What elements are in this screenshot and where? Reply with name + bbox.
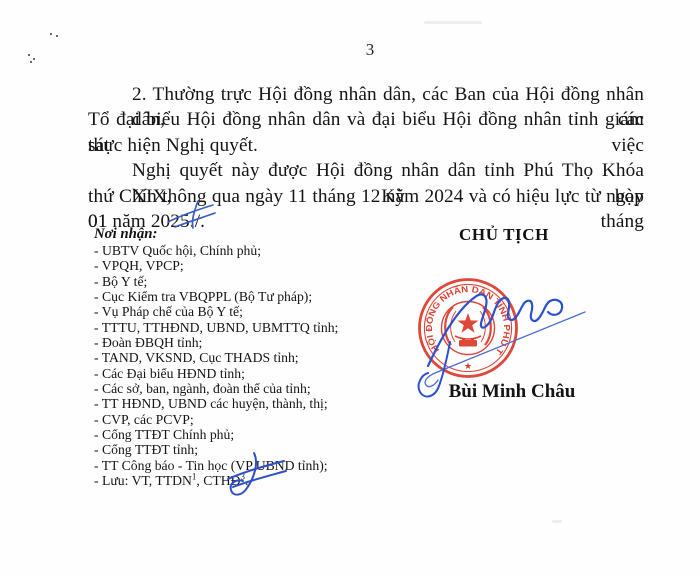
recipient-item: - Vụ Pháp chế của Bộ Y tế; [94, 304, 424, 319]
recipient-item: - TAND, VKSND, Cục THADS tỉnh; [94, 350, 424, 365]
paragraph-line: Tổ đại biểu Hội đồng nhân dân và đại biể… [88, 107, 644, 132]
recipient-item: - Cục Kiểm tra VBQPPL (Bộ Tư pháp); [94, 289, 424, 304]
recipient-item: - Các Đại biểu HĐND tỉnh; [94, 366, 424, 381]
recipients-heading: Nơi nhận: [94, 226, 157, 243]
recipient-item: - Các sở, ban, ngành, đoàn thể của tỉnh; [94, 381, 424, 396]
recipient-item: - Cổng TTĐT Chính phủ; [94, 427, 424, 442]
signer-name: Bùi Minh Châu [412, 381, 612, 403]
pen-tick-mark [160, 195, 220, 235]
recipient-item: - CVP, các PCVP; [94, 412, 424, 427]
pen-initial-mark [222, 448, 292, 500]
recipient-item: - Bộ Y tế; [94, 274, 424, 289]
recipient-item: - VPQH, VPCP; [94, 258, 424, 273]
paragraph-line: 2. Thường trực Hội đồng nhân dân, các Ba… [88, 82, 644, 107]
scan-smudge [552, 520, 562, 523]
recipient-item: - TT HĐND, UBND các huyện, thành, thị; [94, 396, 424, 411]
scan-noise-dot [28, 54, 30, 56]
luu-prefix: - Lưu: VT, TTDN [94, 473, 192, 488]
chairman-title: CHỦ TỊCH [399, 225, 609, 245]
page-number: 3 [355, 40, 385, 60]
scan-smudge [424, 21, 482, 24]
recipient-item: - UBTV Quốc hội, Chính phủ; [94, 243, 424, 258]
recipient-item: - TTTU, TTHĐND, UBND, UBMTTQ tỉnh; [94, 320, 424, 335]
scan-noise-dot [50, 33, 52, 35]
recipient-item: - Đoàn ĐBQH tỉnh; [94, 335, 424, 350]
scan-noise-dot [56, 35, 58, 37]
paragraph-line: Nghị quyết này được Hội đồng nhân dân tỉ… [88, 158, 644, 183]
scan-noise-dot [30, 61, 32, 63]
document-page: 3 2. Thường trực Hội đồng nhân dân, các … [0, 0, 700, 577]
scan-noise-dot [33, 58, 35, 60]
